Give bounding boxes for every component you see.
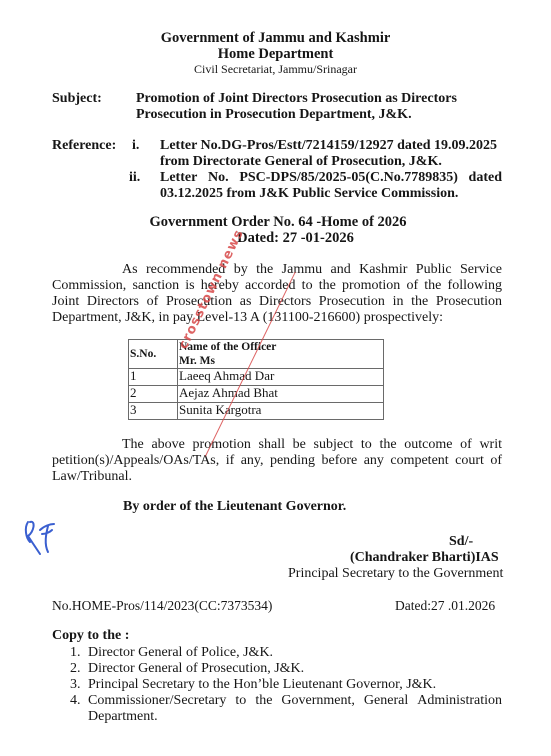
cell-name: Aejaz Ahmad Bhat (178, 386, 384, 403)
subject-label: Subject: (52, 91, 102, 107)
list-text-line2: Department. (88, 709, 502, 725)
list-number: 3. (70, 677, 81, 693)
list-item: 3. Principal Secretary to the Hon’ble Li… (52, 677, 502, 693)
endorsement-number: No.HOME-Pros/114/2023(CC:7373534) (52, 598, 272, 614)
list-item: 2. Director General of Prosecution, J&K. (52, 661, 502, 677)
ref-word: dated (469, 170, 502, 186)
list-word: Commissioner/Secretary (88, 693, 226, 709)
order-date: Dated: 27 -01-2026 (0, 230, 551, 246)
list-number: 2. (70, 661, 81, 677)
ref-word: PSC-DPS/85/2025-05(C.No.7789835) (239, 170, 458, 186)
cell-sno: 2 (129, 386, 178, 403)
office-address: Civil Secretariat, Jammu/Srinagar (0, 62, 551, 77)
list-text: Director General of Police, J&K. (88, 645, 502, 661)
cell-sno: 1 (129, 369, 178, 386)
copy-to-list: 1. Director General of Police, J&K. 2. D… (52, 645, 502, 725)
list-number: 4. (70, 693, 81, 709)
header-name-line1: Name of the Officer (179, 340, 382, 354)
reference-item-2-line1: Letter No. PSC-DPS/85/2025-05(C.No.77898… (160, 170, 502, 186)
signatory-title: Principal Secretary to the Government (288, 566, 503, 582)
list-text: Director General of Prosecution, J&K. (88, 661, 502, 677)
reference-number-2: ii. (129, 170, 140, 186)
header-sno: S.No. (129, 340, 178, 369)
reference-item-1: Letter No.DG-Pros/Estt/7214159/12927 dat… (160, 138, 502, 170)
list-word: Government, (281, 693, 354, 709)
endorsement-date: Dated:27 .01.2026 (395, 598, 495, 614)
paragraph-sanction-rest: Commission, sanction is hereby accorded … (52, 278, 502, 326)
header-name: Name of the Officer Mr. Ms (178, 340, 384, 369)
list-number: 1. (70, 645, 81, 661)
reference-number-1: i. (132, 138, 139, 154)
list-item: 1. Director General of Police, J&K. (52, 645, 502, 661)
list-word: to (235, 693, 246, 709)
reference-item-2: Letter No. PSC-DPS/85/2025-05(C.No.77898… (160, 170, 502, 202)
signatory-name: (Chandraker Bharti)IAS (350, 550, 499, 566)
copy-to-heading: Copy to the : (52, 628, 129, 644)
list-item: 4. Commissioner/Secretary to the Governm… (52, 693, 502, 725)
paragraph-conditions-text: The above promotion shall be subject to … (52, 437, 502, 485)
ref-word: Letter (160, 170, 197, 186)
list-text: Principal Secretary to the Hon’ble Lieut… (88, 677, 502, 693)
handwritten-initials-icon (22, 518, 62, 562)
paragraph-sanction-first-line: As recommended by the Jammu and Kashmir … (52, 262, 502, 278)
cell-sno: 3 (129, 403, 178, 420)
table-row: 1 Laeeq Ahmad Dar (129, 369, 384, 386)
paragraph-sanction: As recommended by the Jammu and Kashmir … (52, 262, 502, 326)
by-order-line: By order of the Lieutenant Governor. (123, 499, 346, 515)
letterhead: Government of Jammu and Kashmir Home Dep… (0, 30, 551, 77)
cell-name: Sunita Kargotra (178, 403, 384, 420)
reference-item-2-line2: 03.12.2025 from J&K Public Service Commi… (160, 186, 502, 202)
cell-name: Laeeq Ahmad Dar (178, 369, 384, 386)
list-text-line1: Commissioner/Secretary to the Government… (88, 693, 502, 709)
table-row: 3 Sunita Kargotra (129, 403, 384, 420)
government-name: Government of Jammu and Kashmir (0, 30, 551, 46)
list-text: Commissioner/Secretary to the Government… (88, 693, 502, 725)
order-heading: Government Order No. 64 -Home of 2026 Da… (0, 214, 551, 246)
government-order-document: Government of Jammu and Kashmir Home Dep… (0, 0, 551, 756)
department-name: Home Department (0, 46, 551, 62)
signed-mark: Sd/- (449, 534, 473, 550)
list-word: Administration (417, 693, 502, 709)
subject-text: Promotion of Joint Directors Prosecution… (136, 91, 506, 123)
reference-label: Reference: (52, 138, 116, 154)
table-row: 2 Aejaz Ahmad Bhat (129, 386, 384, 403)
ref-word: No. (208, 170, 229, 186)
list-word: the (255, 693, 272, 709)
order-number: Government Order No. 64 -Home of 2026 (0, 214, 551, 230)
paragraph-conditions: The above promotion shall be subject to … (52, 437, 502, 485)
list-word: General (364, 693, 408, 709)
header-name-line2: Mr. Ms (179, 354, 382, 368)
